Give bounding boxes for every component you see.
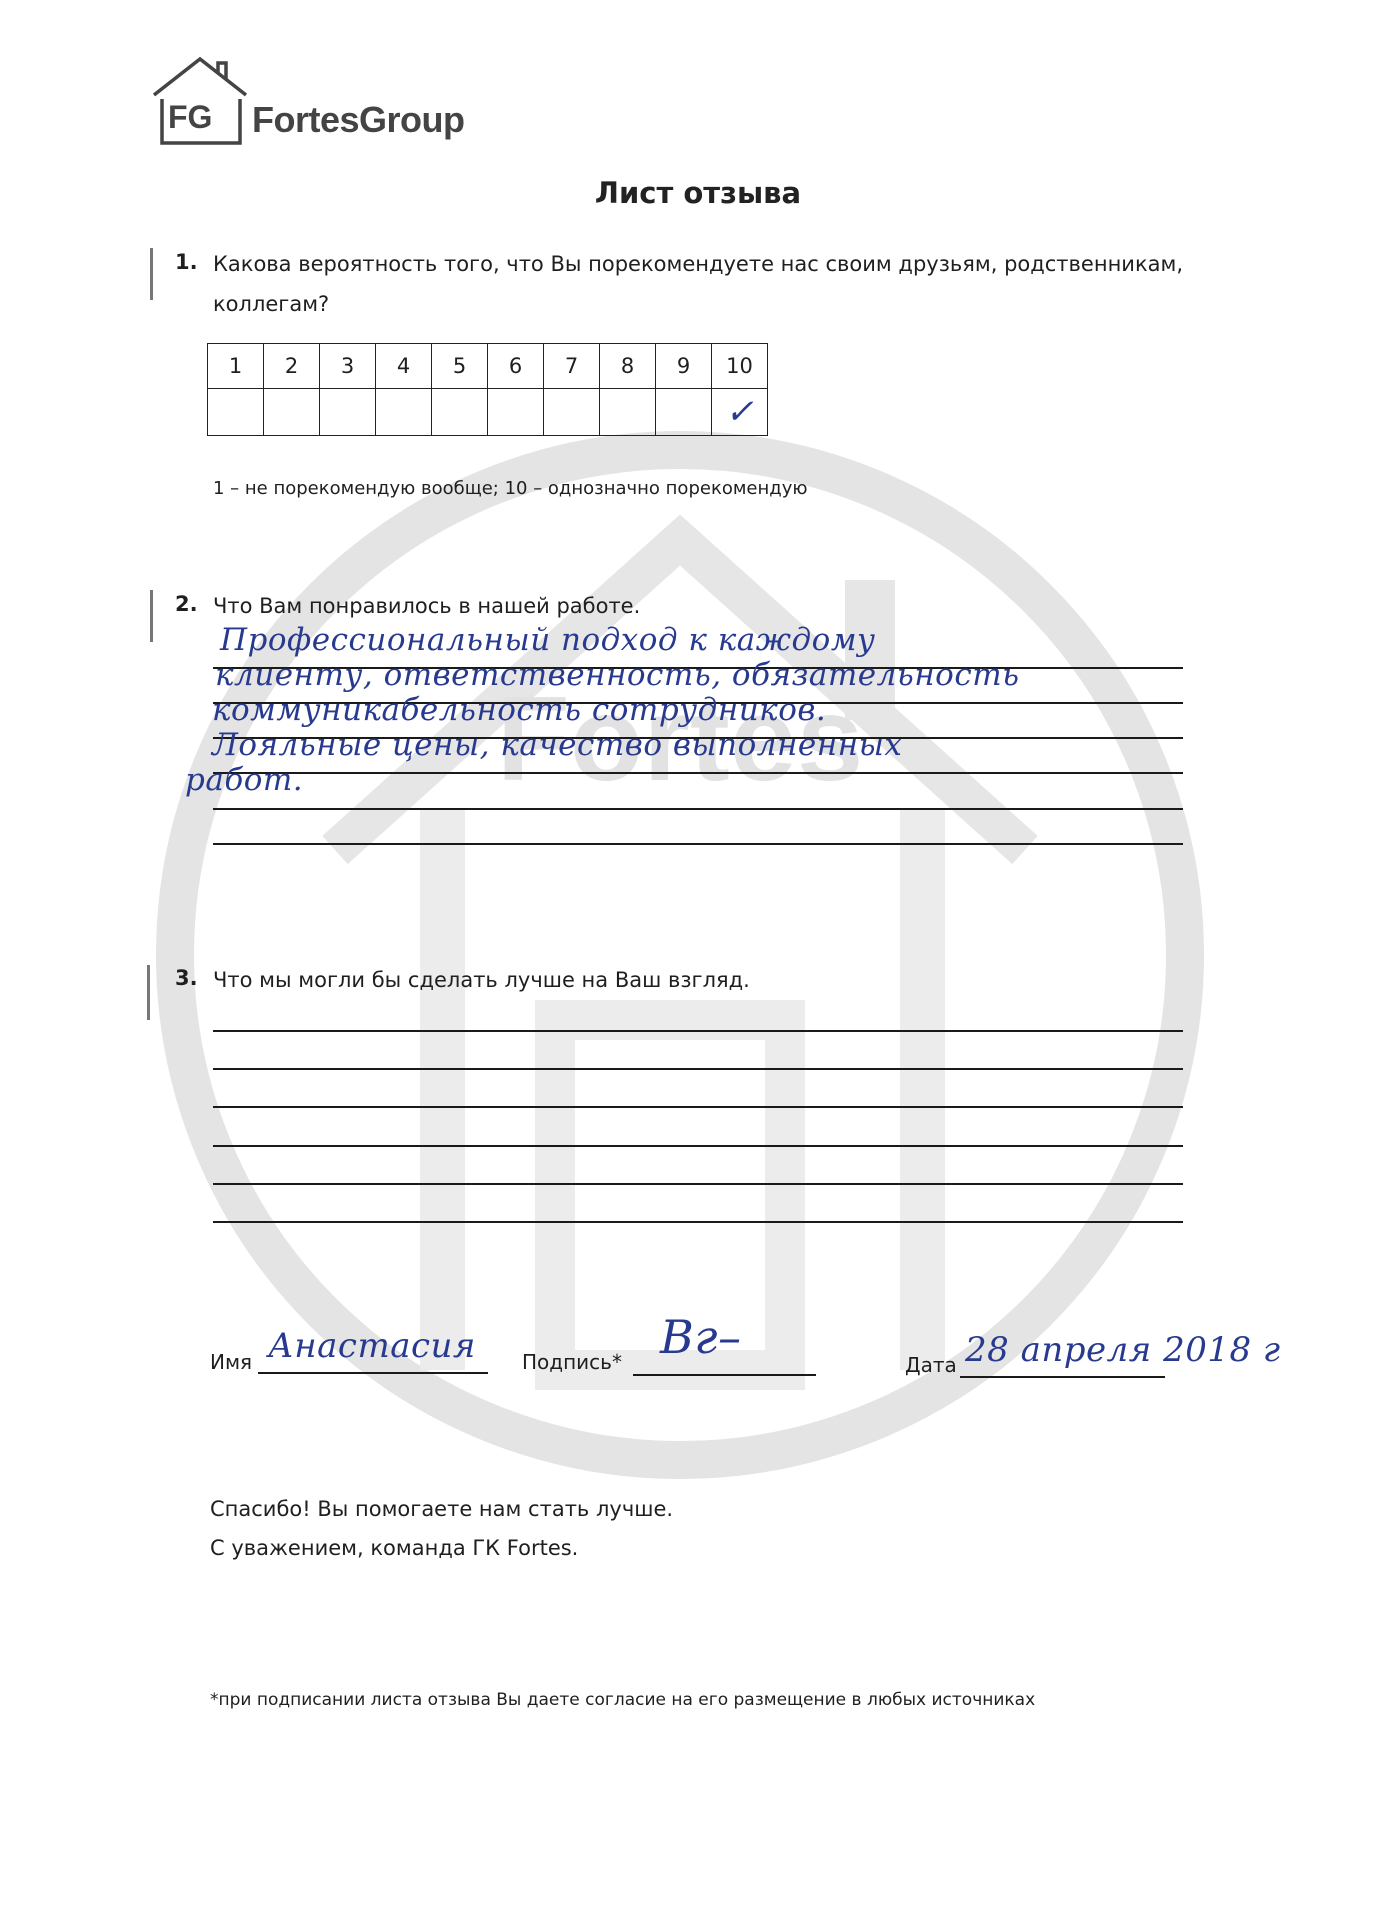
rating-scale-note: 1 – не порекомендую вообще; 10 – однозна…	[213, 478, 808, 499]
handwritten-answer-line: Профессиональный подход к каждому	[220, 622, 876, 658]
question-1-text-line1: Какова вероятность того, что Вы порекоме…	[213, 246, 1183, 282]
answer-line[interactable]	[213, 1106, 1183, 1108]
answer-line[interactable]	[213, 1030, 1183, 1032]
handwritten-answer-line: работ.	[185, 762, 303, 798]
answer-line[interactable]	[213, 808, 1183, 810]
rating-checkbox-8[interactable]	[600, 389, 656, 436]
rating-option-6: 6	[488, 344, 544, 389]
checkmark-icon: ✓	[725, 392, 754, 432]
rating-checkbox-2[interactable]	[264, 389, 320, 436]
date-label: Дата	[905, 1353, 957, 1377]
rating-option-4: 4	[376, 344, 432, 389]
logo-monogram: FG	[168, 99, 212, 136]
rating-option-8: 8	[600, 344, 656, 389]
rating-checkbox-9[interactable]	[656, 389, 712, 436]
answer-line[interactable]	[213, 1145, 1183, 1147]
name-value: Анастасия	[268, 1326, 476, 1366]
page-title: Лист отзыва	[0, 176, 1396, 210]
question-1-number: 1.	[175, 250, 198, 274]
question-1-text-line2: коллегам?	[213, 286, 329, 322]
date-field[interactable]	[960, 1376, 1165, 1378]
name-label: Имя	[210, 1350, 252, 1374]
company-logo: FG FortesGroup	[150, 55, 510, 150]
question-marker	[147, 965, 150, 1020]
answer-line[interactable]	[213, 772, 1183, 774]
rating-checkbox-7[interactable]	[544, 389, 600, 436]
rating-option-1: 1	[208, 344, 264, 389]
rating-scale-table: 12345678910 ✓	[207, 343, 768, 436]
answer-line[interactable]	[213, 1221, 1183, 1223]
rating-option-2: 2	[264, 344, 320, 389]
question-2-text: Что Вам понравилось в нашей работе.	[213, 588, 640, 624]
rating-checkbox-1[interactable]	[208, 389, 264, 436]
rating-checkbox-6[interactable]	[488, 389, 544, 436]
logo-name: FortesGroup	[252, 99, 465, 141]
rating-scale-marks: ✓	[208, 389, 768, 436]
handwritten-answer-line: клиенту, ответственность, обязательность	[215, 657, 1019, 693]
handwritten-answer-line: коммуникабельность сотрудников.	[212, 692, 826, 728]
rating-option-3: 3	[320, 344, 376, 389]
rating-scale-header: 12345678910	[208, 344, 768, 389]
signature-label: Подпись*	[522, 1350, 622, 1374]
closing-thanks: Спасибо! Вы помогаете нам стать лучше.	[210, 1497, 673, 1521]
answer-line[interactable]	[213, 1068, 1183, 1070]
question-marker	[150, 590, 153, 642]
answer-line[interactable]	[213, 1183, 1183, 1185]
rating-option-9: 9	[656, 344, 712, 389]
handwritten-answer-line: Лояльные цены, качество выполненных	[212, 727, 902, 763]
footnote: *при подписании листа отзыва Вы даете со…	[210, 1690, 1035, 1710]
question-2-number: 2.	[175, 592, 198, 616]
question-3-number: 3.	[175, 966, 198, 990]
question-marker	[150, 248, 153, 300]
question-3-text: Что мы могли бы сделать лучше на Ваш взг…	[213, 962, 750, 998]
rating-option-5: 5	[432, 344, 488, 389]
rating-checkbox-10[interactable]: ✓	[712, 389, 768, 436]
signature-value: Вг–	[660, 1310, 742, 1364]
name-field[interactable]	[258, 1372, 488, 1374]
rating-checkbox-5[interactable]	[432, 389, 488, 436]
rating-option-10: 10	[712, 344, 768, 389]
rating-checkbox-3[interactable]	[320, 389, 376, 436]
signature-field[interactable]	[633, 1374, 816, 1376]
rating-checkbox-4[interactable]	[376, 389, 432, 436]
date-value: 28 апреля 2018 г	[965, 1330, 1281, 1370]
rating-option-7: 7	[544, 344, 600, 389]
closing-regards: С уважением, команда ГК Fortes.	[210, 1536, 578, 1560]
answer-line[interactable]	[213, 843, 1183, 845]
